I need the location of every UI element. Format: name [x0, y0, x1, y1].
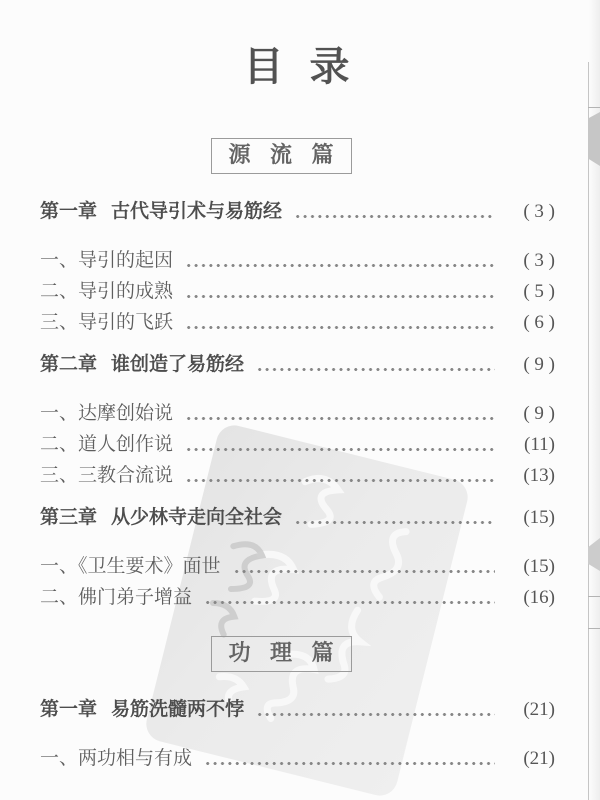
- toc-entry: 第二章 谁创造了易筋经 ( 9 ): [40, 354, 555, 375]
- chapter-number: 第一章: [40, 699, 97, 720]
- page-number: ( 3 ): [503, 201, 555, 222]
- entry-title: 谁创造了易筋经: [111, 354, 244, 375]
- toc-section: 功 理 篇 第一章 易筋洗髓两不悖 (21) 一、两功相与有成 (21): [40, 636, 555, 769]
- page-number: (11): [503, 434, 555, 455]
- section-entries: 第一章 易筋洗髓两不悖 (21) 一、两功相与有成 (21): [40, 699, 555, 769]
- dot-leader: [185, 408, 495, 422]
- scan-edge-tick: [588, 628, 600, 629]
- toc-entry: 三、三教合流说 (13): [40, 465, 555, 486]
- dot-leader: [185, 255, 495, 269]
- page-number: ( 9 ): [503, 403, 555, 424]
- page-number: ( 9 ): [503, 354, 555, 375]
- toc-entry: 二、佛门弟子增益 (16): [40, 587, 555, 608]
- chapter-number: 第一章: [40, 201, 97, 222]
- toc-entry: 一、两功相与有成 (21): [40, 748, 555, 769]
- dot-leader: [256, 359, 495, 373]
- section-header-box: 功 理 篇: [211, 636, 351, 672]
- page-number: (15): [503, 556, 555, 577]
- page-number: ( 5 ): [503, 281, 555, 302]
- dot-leader: [294, 206, 495, 220]
- entry-title: 一、《卫生要术》面世: [40, 556, 221, 577]
- toc-section: 源 流 篇 第一章 古代导引术与易筋经 ( 3 ) 一、导引的起因 ( 3 ) …: [40, 138, 555, 608]
- page-number: (16): [503, 587, 555, 608]
- toc-entry: 一、达摩创始说 ( 9 ): [40, 403, 555, 424]
- scanned-book-page: 目 录 源 流 篇 第一章 古代导引术与易筋经 ( 3 ) 一、导引的起因 ( …: [0, 0, 600, 800]
- dot-leader: [294, 512, 495, 526]
- section-header-wrap: 源 流 篇: [24, 138, 539, 174]
- dot-leader: [185, 317, 495, 331]
- page-number: (21): [503, 699, 555, 720]
- entry-title: 三、三教合流说: [40, 465, 173, 486]
- entry-title: 一、达摩创始说: [40, 403, 173, 424]
- dot-leader: [204, 753, 495, 767]
- chapter-number: 第二章: [40, 354, 97, 375]
- entry-title: 古代导引术与易筋经: [111, 201, 282, 222]
- toc-entry: 二、道人创作说 (11): [40, 434, 555, 455]
- section-header-wrap: 功 理 篇: [24, 636, 539, 672]
- entry-title: 三、导引的飞跃: [40, 312, 173, 333]
- entry-title: 二、佛门弟子增益: [40, 587, 192, 608]
- dot-leader: [185, 470, 495, 484]
- page-title: 目 录: [40, 45, 555, 89]
- dot-leader: [185, 439, 495, 453]
- dot-leader: [185, 286, 495, 300]
- toc-entry: 第三章 从少林寺走向全社会 (15): [40, 507, 555, 528]
- section-header-box: 源 流 篇: [211, 138, 351, 174]
- entry-title: 二、道人创作说: [40, 434, 173, 455]
- scan-page-edge-line: [588, 62, 589, 800]
- scan-edge-tick: [588, 107, 600, 108]
- scan-edge-tick: [588, 596, 600, 597]
- entry-title: 一、两功相与有成: [40, 748, 192, 769]
- dot-leader: [256, 704, 495, 718]
- page-number: ( 6 ): [503, 312, 555, 333]
- page-number: (21): [503, 748, 555, 769]
- toc-entry: 第一章 古代导引术与易筋经 ( 3 ): [40, 201, 555, 222]
- entry-title: 从少林寺走向全社会: [111, 507, 282, 528]
- toc-content: 目 录 源 流 篇 第一章 古代导引术与易筋经 ( 3 ) 一、导引的起因 ( …: [0, 0, 600, 769]
- entry-title: 二、导引的成熟: [40, 281, 173, 302]
- toc-entry: 第一章 易筋洗髓两不悖 (21): [40, 699, 555, 720]
- page-number: (15): [503, 507, 555, 528]
- page-number: (13): [503, 465, 555, 486]
- scan-edge-blob: [588, 112, 600, 166]
- page-number: ( 3 ): [503, 250, 555, 271]
- entry-title: 易筋洗髓两不悖: [111, 699, 244, 720]
- section-entries: 第一章 古代导引术与易筋经 ( 3 ) 一、导引的起因 ( 3 ) 二、导引的成…: [40, 201, 555, 608]
- dot-leader: [233, 561, 495, 575]
- toc-entry: 二、导引的成熟 ( 5 ): [40, 281, 555, 302]
- dot-leader: [204, 592, 495, 606]
- toc-entry: 一、《卫生要术》面世 (15): [40, 556, 555, 577]
- toc-sections: 源 流 篇 第一章 古代导引术与易筋经 ( 3 ) 一、导引的起因 ( 3 ) …: [40, 138, 555, 769]
- entry-title: 一、导引的起因: [40, 250, 173, 271]
- toc-entry: 一、导引的起因 ( 3 ): [40, 250, 555, 271]
- chapter-number: 第三章: [40, 507, 97, 528]
- toc-entry: 三、导引的飞跃 ( 6 ): [40, 312, 555, 333]
